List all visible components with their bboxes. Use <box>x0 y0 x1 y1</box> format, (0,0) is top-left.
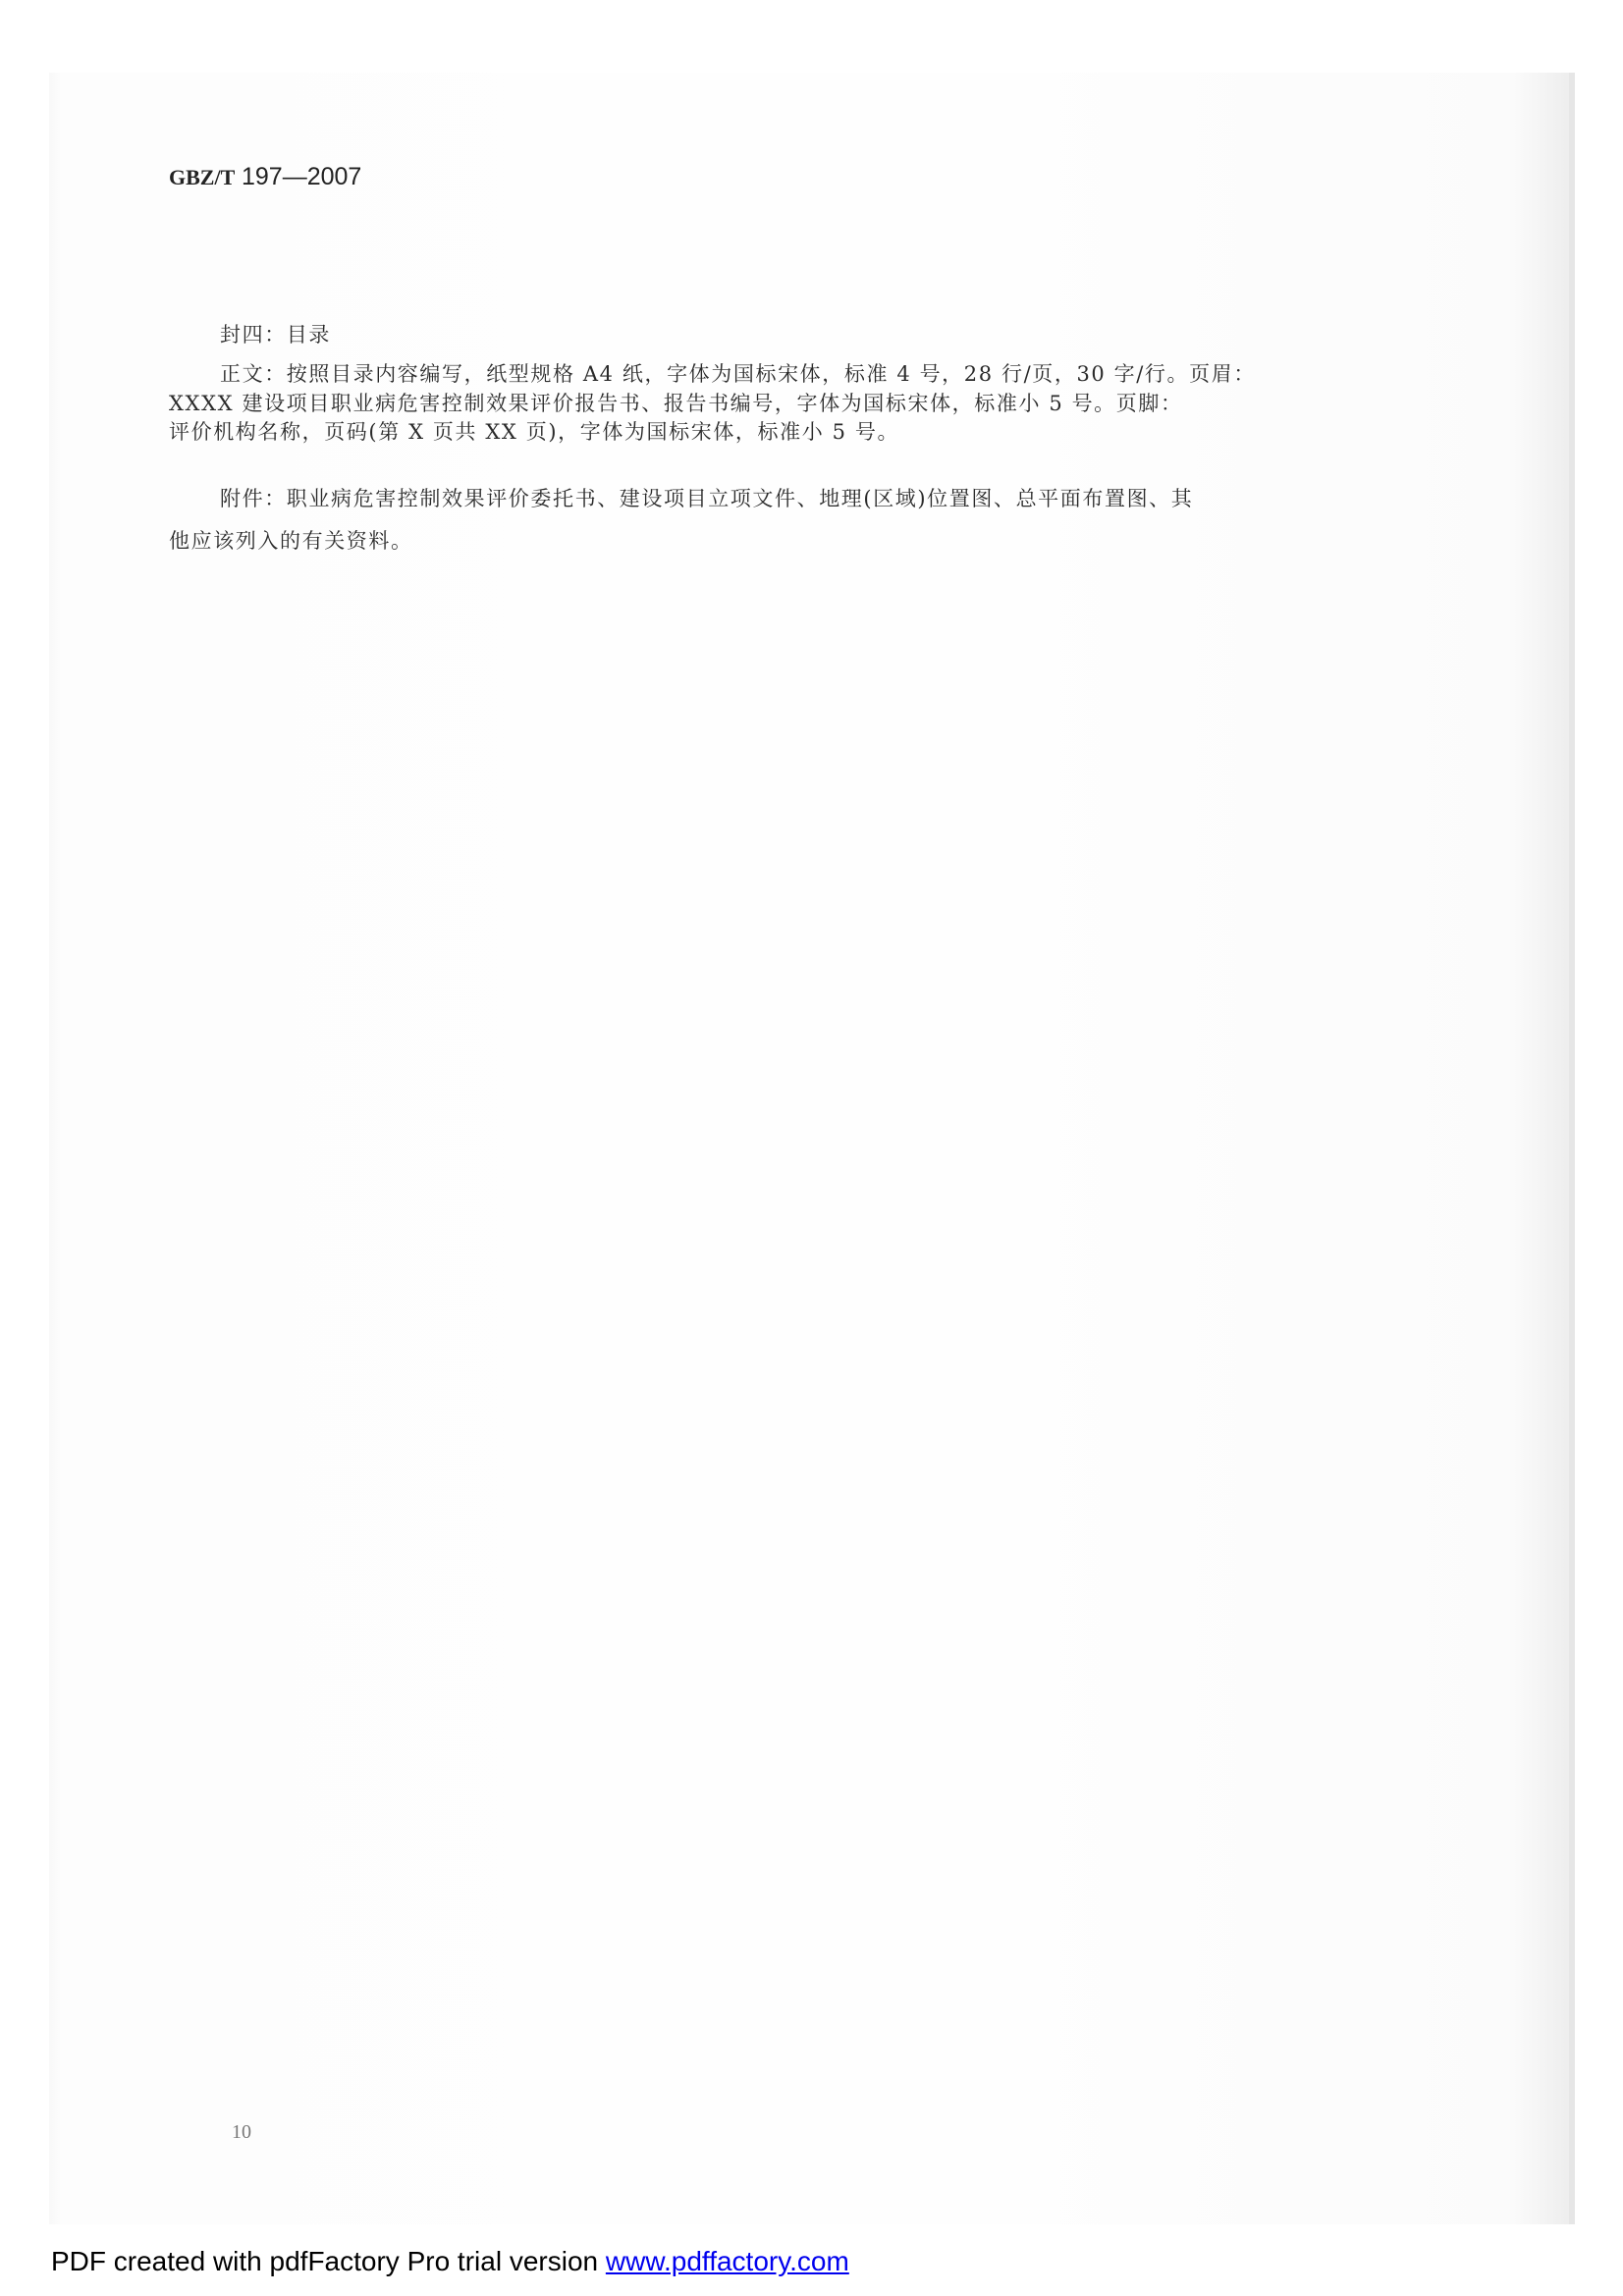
attachment-paragraph-line-1: 附件：职业病危害控制效果评价委托书、建设项目立项文件、地理(区域)位置图、总平面… <box>220 483 1193 512</box>
body-paragraph-line-2: XXXX 建设项目职业病危害控制效果评价报告书、报告书编号，字体为国标宋体，标准… <box>169 388 1183 417</box>
page-number: 10 <box>232 2121 251 2144</box>
cover4-line: 封四：目录 <box>220 319 331 348</box>
pdffactory-link[interactable]: www.pdffactory.com <box>606 2246 849 2276</box>
standard-header: GBZ/T 197—2007 <box>169 161 361 191</box>
body-paragraph-line-3: 评价机构名称，页码(第 X 页共 XX 页)，字体为国标宋体，标准小 5 号。 <box>169 416 899 446</box>
pdf-watermark-footer: PDF created with pdfFactory Pro trial ve… <box>51 2246 849 2277</box>
body-paragraph-line-1: 正文：按照目录内容编写，纸型规格 A4 纸，字体为国标宋体，标准 4 号，28 … <box>220 358 1256 388</box>
standard-number: 197—2007 <box>242 163 361 190</box>
footer-text: PDF created with pdfFactory Pro trial ve… <box>51 2246 606 2276</box>
attachment-paragraph-line-2: 他应该列入的有关资料。 <box>169 525 413 555</box>
standard-prefix: GBZ/T <box>169 165 235 189</box>
